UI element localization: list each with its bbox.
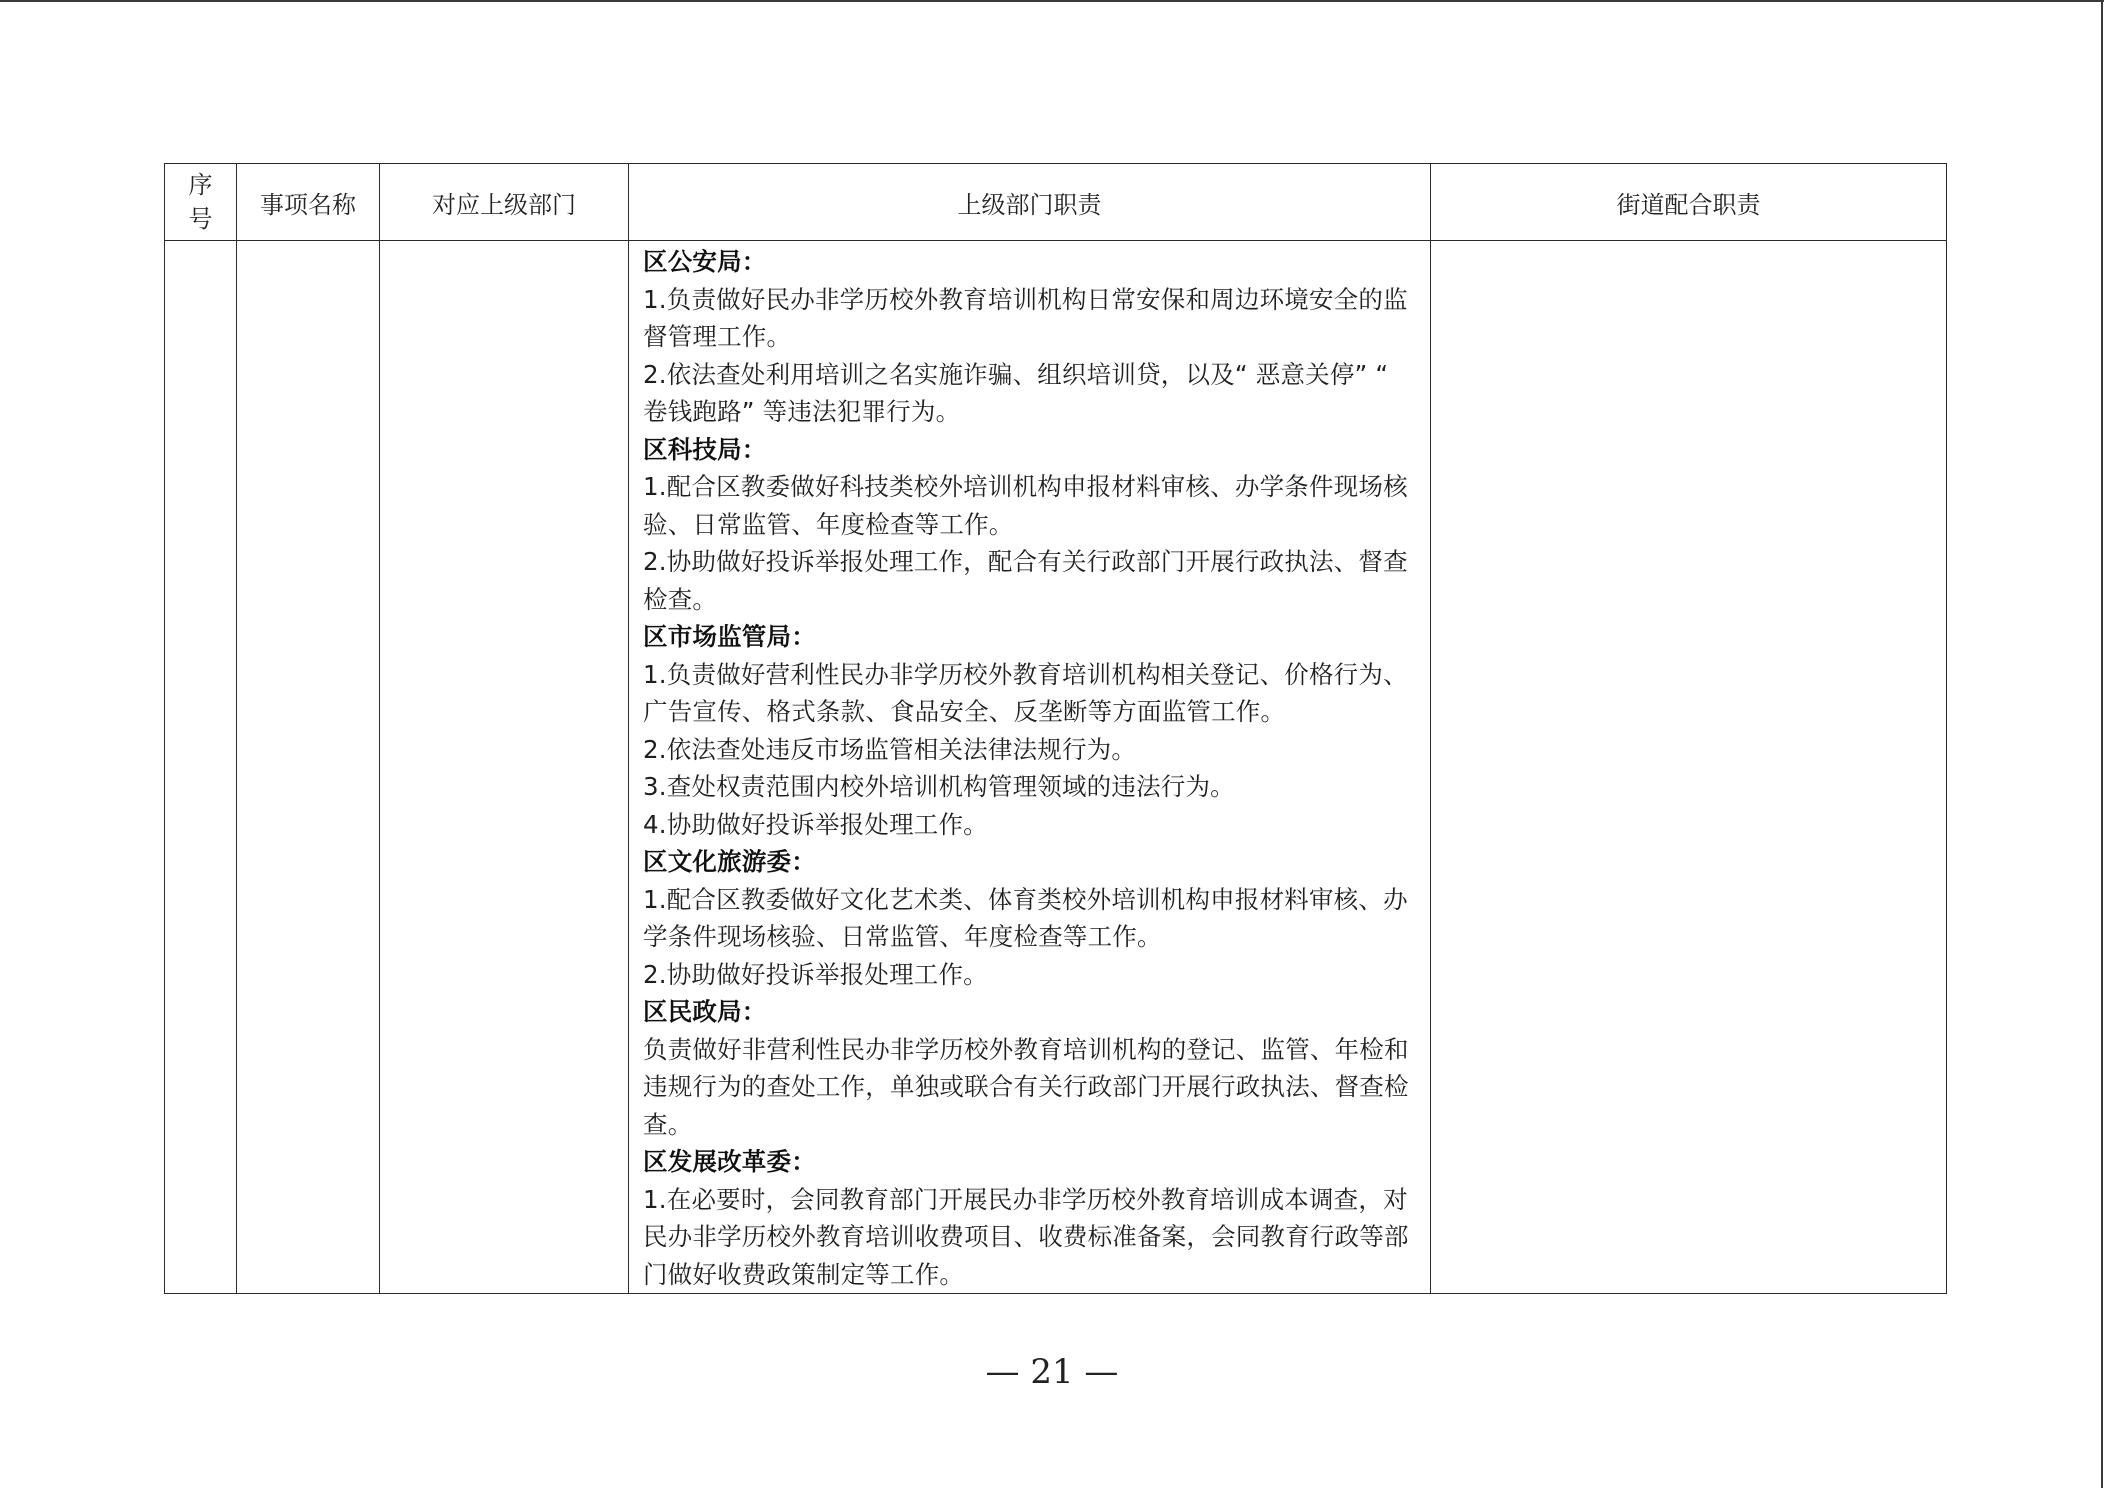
header-seq: 序 号 (165, 164, 237, 241)
agency-heading: 区文化旅游委： (643, 843, 1420, 881)
duty-item: 负责做好非营利性民办非学历校外教育培训机构的登记、监管、年检和违规行为的查处工作… (643, 1031, 1420, 1144)
cell-upper-dept (380, 241, 629, 1294)
duty-item: 1.负责做好营利性民办非学历校外教育培训机构相关登记、价格行为、广告宣传、格式条… (643, 656, 1420, 731)
duty-item: 1.配合区教委做好文化艺术类、体育类校外培训机构申报材料审核、办学条件现场核验、… (643, 881, 1420, 956)
page-right-border (2101, 0, 2103, 1488)
table-header-row: 序 号 事项名称 对应上级部门 上级部门职责 街道配合职责 (165, 164, 1947, 241)
cell-upper-duty: 区公安局： 1.负责做好民办非学历校外教育培训机构日常安保和周边环境安全的监督管… (629, 241, 1431, 1294)
duty-item: 4.协助做好投诉举报处理工作。 (643, 806, 1420, 844)
duty-item: 2.协助做好投诉举报处理工作，配合有关行政部门开展行政执法、督查检查。 (643, 543, 1420, 618)
upper-duty-content: 区公安局： 1.负责做好民办非学历校外教育培训机构日常安保和周边环境安全的监督管… (629, 241, 1430, 1293)
duty-item: 2.依法查处利用培训之名实施诈骗、组织培训贷，以及“ 恶意关停” “ 卷钱跑路”… (643, 356, 1420, 431)
agency-heading: 区公安局： (643, 243, 1420, 281)
section-market-supervision: 区市场监管局： 1.负责做好营利性民办非学历校外教育培训机构相关登记、价格行为、… (643, 618, 1420, 843)
page-number: — 21 — (0, 1352, 2104, 1392)
section-development-reform: 区发展改革委： 1.在必要时，会同教育部门开展民办非学历校外教育培训成本调查，对… (643, 1143, 1420, 1293)
header-upper-dept: 对应上级部门 (380, 164, 629, 241)
cell-item-name (237, 241, 380, 1294)
agency-heading: 区民政局： (643, 993, 1420, 1031)
header-upper-duty: 上级部门职责 (629, 164, 1431, 241)
duty-item: 3.查处权责范围内校外培训机构管理领域的违法行为。 (643, 768, 1420, 806)
header-street-duty: 街道配合职责 (1431, 164, 1947, 241)
agency-heading: 区科技局： (643, 431, 1420, 469)
section-public-security: 区公安局： 1.负责做好民办非学历校外教育培训机构日常安保和周边环境安全的监督管… (643, 243, 1420, 431)
cell-street-duty (1431, 241, 1947, 1294)
agency-heading: 区市场监管局： (643, 618, 1420, 656)
header-seq-line1: 序 (165, 168, 236, 202)
duty-item: 1.配合区教委做好科技类校外培训机构申报材料审核、办学条件现场核验、日常监管、年… (643, 468, 1420, 543)
section-science-tech: 区科技局： 1.配合区教委做好科技类校外培训机构申报材料审核、办学条件现场核验、… (643, 431, 1420, 619)
duty-item: 1.负责做好民办非学历校外教育培训机构日常安保和周边环境安全的监督管理工作。 (643, 281, 1420, 356)
header-item-name: 事项名称 (237, 164, 380, 241)
header-seq-line2: 号 (165, 202, 236, 236)
section-civil-affairs: 区民政局： 负责做好非营利性民办非学历校外教育培训机构的登记、监管、年检和违规行… (643, 993, 1420, 1143)
cell-seq (165, 241, 237, 1294)
section-culture-tourism: 区文化旅游委： 1.配合区教委做好文化艺术类、体育类校外培训机构申报材料审核、办… (643, 843, 1420, 993)
page-top-border (0, 0, 2104, 2)
duty-item: 2.协助做好投诉举报处理工作。 (643, 956, 1420, 994)
agency-heading: 区发展改革委： (643, 1143, 1420, 1181)
duty-item: 1.在必要时，会同教育部门开展民办非学历校外教育培训成本调查，对民办非学历校外教… (643, 1181, 1420, 1294)
table-row: 区公安局： 1.负责做好民办非学历校外教育培训机构日常安保和周边环境安全的监督管… (165, 241, 1947, 1294)
duty-table: 序 号 事项名称 对应上级部门 上级部门职责 街道配合职责 区公安局： 1.负责… (164, 163, 1947, 1294)
duty-item: 2.依法查处违反市场监管相关法律法规行为。 (643, 731, 1420, 769)
